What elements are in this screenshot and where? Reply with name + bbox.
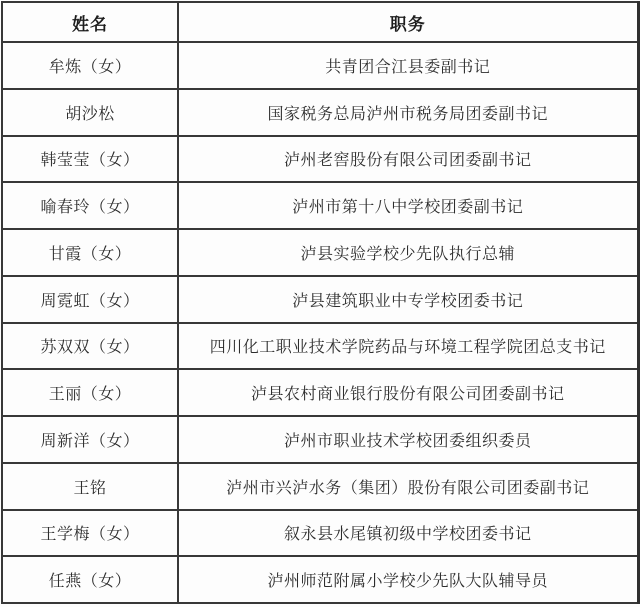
position-cell: 泸州市兴泸水务（集团）股份有限公司团委副书记 bbox=[178, 463, 638, 510]
table-row: 王铭泸州市兴泸水务（集团）股份有限公司团委副书记 bbox=[2, 463, 638, 510]
position-cell: 泸县建筑职业中专学校团委书记 bbox=[178, 276, 638, 323]
position-cell: 泸州市第十八中学校团委副书记 bbox=[178, 182, 638, 229]
table-row: 周新洋（女）泸州市职业技术学校团委组织委员 bbox=[2, 416, 638, 463]
header-cell-name: 姓名 bbox=[2, 2, 178, 42]
position-cell: 泸州市职业技术学校团委组织委员 bbox=[178, 416, 638, 463]
table-row: 喻春玲（女）泸州市第十八中学校团委副书记 bbox=[2, 182, 638, 229]
table-row: 苏双双（女）四川化工职业技术学院药品与环境工程学院团总支书记 bbox=[2, 323, 638, 370]
header-cell-position: 职务 bbox=[178, 2, 638, 42]
position-cell: 泸县农村商业银行股份有限公司团委副书记 bbox=[178, 369, 638, 416]
table-row: 任燕（女）泸州师范附属小学校少先队大队辅导员 bbox=[2, 556, 638, 603]
table-header: 姓名 职务 bbox=[2, 2, 638, 42]
name-cell: 周霓虹（女） bbox=[2, 276, 178, 323]
name-cell: 王丽（女） bbox=[2, 369, 178, 416]
table-row: 韩莹莹（女）泸州老窖股份有限公司团委副书记 bbox=[2, 136, 638, 183]
name-cell: 周新洋（女） bbox=[2, 416, 178, 463]
table-row: 王丽（女）泸县农村商业银行股份有限公司团委副书记 bbox=[2, 369, 638, 416]
roster-table: 姓名 职务 牟炼（女）共青团合江县委副书记胡沙松国家税务总局泸州市税务局团委副书… bbox=[1, 1, 640, 604]
name-cell: 牟炼（女） bbox=[2, 42, 178, 89]
table-body: 牟炼（女）共青团合江县委副书记胡沙松国家税务总局泸州市税务局团委副书记韩莹莹（女… bbox=[2, 42, 638, 603]
header-row: 姓名 职务 bbox=[2, 2, 638, 42]
name-cell: 苏双双（女） bbox=[2, 323, 178, 370]
name-cell: 王铭 bbox=[2, 463, 178, 510]
name-cell: 甘霞（女） bbox=[2, 229, 178, 276]
position-cell: 四川化工职业技术学院药品与环境工程学院团总支书记 bbox=[178, 323, 638, 370]
position-cell: 共青团合江县委副书记 bbox=[178, 42, 638, 89]
name-cell: 胡沙松 bbox=[2, 89, 178, 136]
table-row: 王学梅（女）叙永县水尾镇初级中学校团委书记 bbox=[2, 510, 638, 557]
table-row: 周霓虹（女）泸县建筑职业中专学校团委书记 bbox=[2, 276, 638, 323]
name-cell: 韩莹莹（女） bbox=[2, 136, 178, 183]
name-cell: 任燕（女） bbox=[2, 556, 178, 603]
position-cell: 泸州师范附属小学校少先队大队辅导员 bbox=[178, 556, 638, 603]
name-cell: 王学梅（女） bbox=[2, 510, 178, 557]
table-row: 胡沙松国家税务总局泸州市税务局团委副书记 bbox=[2, 89, 638, 136]
name-cell: 喻春玲（女） bbox=[2, 182, 178, 229]
position-cell: 国家税务总局泸州市税务局团委副书记 bbox=[178, 89, 638, 136]
roster-page: 姓名 职务 牟炼（女）共青团合江县委副书记胡沙松国家税务总局泸州市税务局团委副书… bbox=[0, 0, 640, 607]
position-cell: 泸州老窖股份有限公司团委副书记 bbox=[178, 136, 638, 183]
position-cell: 叙永县水尾镇初级中学校团委书记 bbox=[178, 510, 638, 557]
table-row: 牟炼（女）共青团合江县委副书记 bbox=[2, 42, 638, 89]
table-row: 甘霞（女）泸县实验学校少先队执行总辅 bbox=[2, 229, 638, 276]
position-cell: 泸县实验学校少先队执行总辅 bbox=[178, 229, 638, 276]
